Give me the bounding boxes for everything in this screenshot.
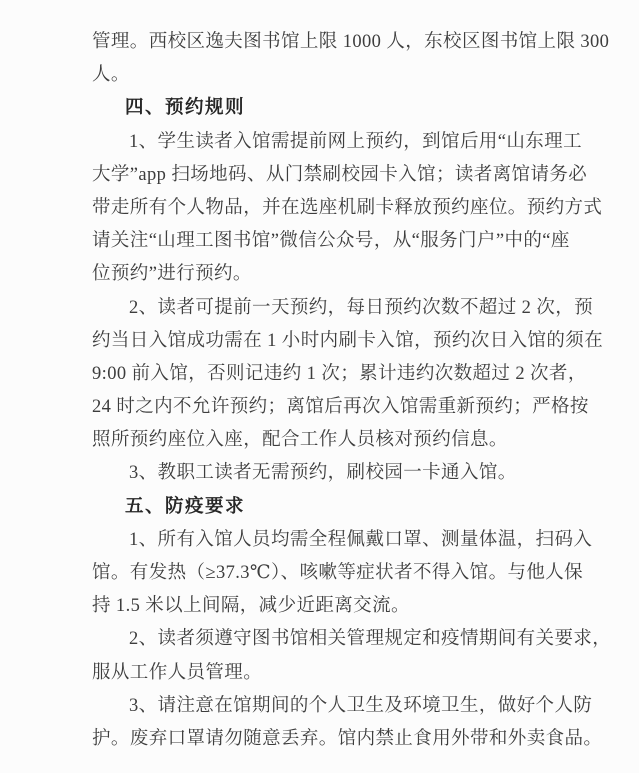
text-line: 服从工作人员管理。 <box>92 657 559 690</box>
text-line: 1、所有入馆人员均需全程佩戴口罩、测量体温，扫码入 <box>92 524 559 557</box>
scanned-document-page: 管理。西校区逸夫图书馆上限 1000 人，东校区图书馆上限 300 人。 四、预… <box>0 0 639 773</box>
text-line: 位预约”进行预约。 <box>92 258 559 291</box>
text-line: 24 时之内不允许预约；离馆后再次入馆需重新预约；严格按 <box>92 391 559 424</box>
text-line: 护。废弃口罩请勿随意丢弃。馆内禁止食用外带和外卖食品。 <box>92 723 559 756</box>
text-line: 约当日入馆成功需在 1 小时内刷卡入馆，预约次日入馆的须在 <box>92 325 559 358</box>
text-line: 3、请注意在馆期间的个人卫生及环境卫生，做好个人防 <box>92 690 559 723</box>
text-line: 3、教职工读者无需预约，刷校园一卡通入馆。 <box>92 457 559 490</box>
text-line: 人。 <box>92 59 559 92</box>
text-line: 持 1.5 米以上间隔，减少近距离交流。 <box>92 590 559 623</box>
section-heading: 五、防疫要求 <box>92 491 559 524</box>
text-line: 9:00 前入馆，否则记违约 1 次；累计违约次数超过 2 次者， <box>92 358 559 391</box>
text-line: 馆。有发热（≥37.3℃）、咳嗽等症状者不得入馆。与他人保 <box>92 557 559 590</box>
document-body: 管理。西校区逸夫图书馆上限 1000 人，东校区图书馆上限 300 人。 四、预… <box>92 26 559 756</box>
text-line: 带走所有个人物品，并在选座机刷卡释放预约座位。预约方式 <box>92 192 559 225</box>
text-line: 请关注“山理工图书馆”微信公众号，从“服务门户”中的“座 <box>92 225 559 258</box>
text-line: 照所预约座位入座，配合工作人员核对预约信息。 <box>92 424 559 457</box>
text-line: 2、读者可提前一天预约，每日预约次数不超过 2 次，预 <box>92 292 559 325</box>
text-line: 大学”app 扫场地码、从门禁刷校园卡入馆；读者离馆请务必 <box>92 159 559 192</box>
text-line: 2、读者须遵守图书馆相关管理规定和疫情期间有关要求， <box>92 623 559 656</box>
text-line: 1、学生读者入馆需提前网上预约，到馆后用“山东理工 <box>92 126 559 159</box>
section-heading: 四、预约规则 <box>92 92 559 125</box>
text-line: 管理。西校区逸夫图书馆上限 1000 人，东校区图书馆上限 300 <box>92 26 559 59</box>
